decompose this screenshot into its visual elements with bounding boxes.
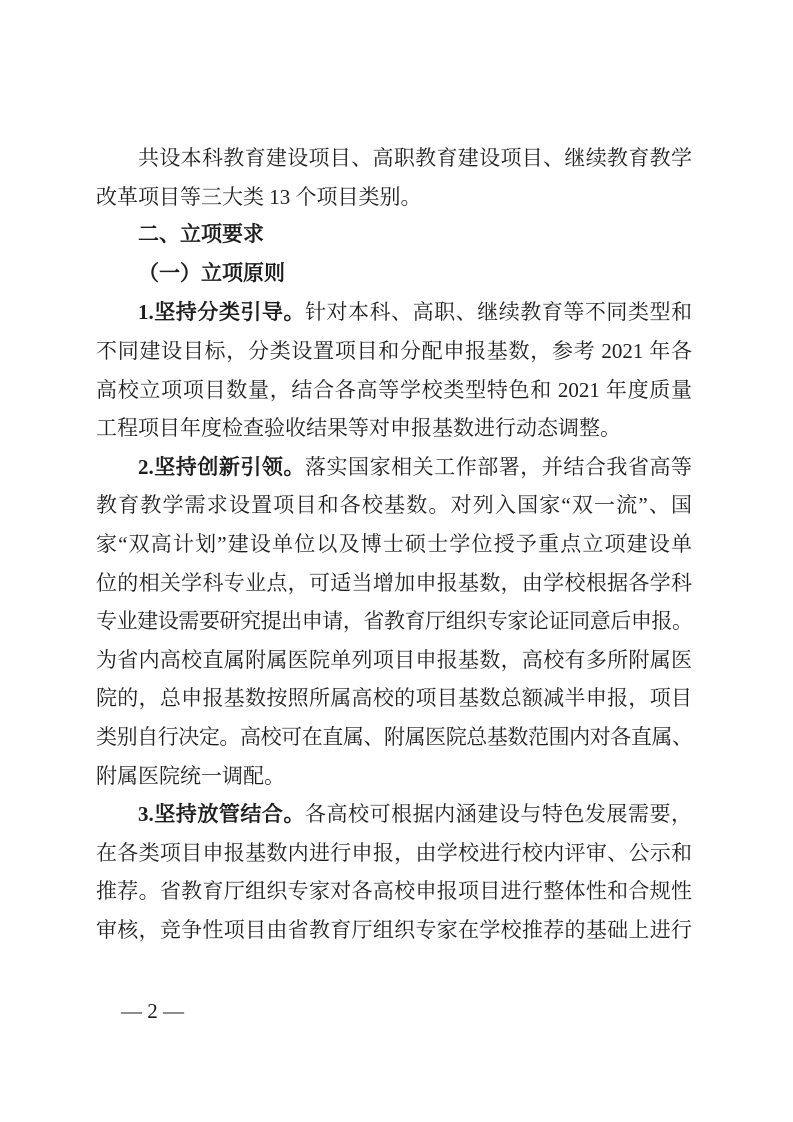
para1-line4: 工程项目年度检查验收结果等对申报基数进行动态调整。: [96, 409, 692, 448]
para3-line1: 3.坚持放管结合。各高校可根据内涵建设与特色发展需要，: [96, 795, 692, 834]
paragraph-lead: 1.坚持分类引导。: [138, 300, 305, 324]
para2-line3: 家“双高计划”建设单位以及博士硕士学位授予重点立项建设单: [96, 525, 692, 564]
para-intro-line1: 共设本科教育建设项目、高职教育建设项目、继续教育教学: [96, 139, 692, 178]
para1-line2: 不同建设目标，分类设置项目和分配申报基数，参考 2021 年各: [96, 332, 692, 371]
para2-line7: 院的，总申报基数按照所属高校的项目基数总额减半申报，项目: [96, 679, 692, 718]
para2-line2: 教育教学需求设置项目和各校基数。对列入国家“双一流”、国: [96, 486, 692, 525]
document-body: 共设本科教育建设项目、高职教育建设项目、继续教育教学改革项目等三大类 13 个项…: [96, 139, 692, 949]
para2-line4: 位的相关学科专业点，可适当增加申报基数，由学校根据各学科: [96, 564, 692, 603]
para2-line6: 为省内高校直属附属医院单列项目申报基数，高校有多所附属医: [96, 641, 692, 680]
para2-line5: 专业建设需要研究提出申请，省教育厅组织专家论证同意后申报。: [96, 602, 692, 641]
para-intro-line2: 改革项目等三大类 13 个项目类别。: [96, 178, 692, 217]
subsection-heading: （一）立项原则: [96, 255, 692, 294]
paragraph-lead: 3.坚持放管结合。: [138, 802, 305, 826]
para1-line1: 1.坚持分类引导。针对本科、高职、继续教育等不同类型和: [96, 293, 692, 332]
para3-line4: 审核，竞争性项目由省教育厅组织专家在学校推荐的基础上进行: [96, 911, 692, 950]
paragraph-lead: 2.坚持创新引领。: [138, 455, 305, 479]
para2-line8: 类别自行决定。高校可在直属、附属医院总基数范围内对各直属、: [96, 718, 692, 757]
document-page: 共设本科教育建设项目、高职教育建设项目、继续教育教学改革项目等三大类 13 个项…: [0, 0, 793, 1122]
page-number: — 2 —: [121, 999, 184, 1024]
para2-line9: 附属医院统一调配。: [96, 757, 692, 796]
section-heading: 二、立项要求: [96, 216, 692, 255]
para3-line2: 在各类项目申报基数内进行申报，由学校进行校内评审、公示和: [96, 834, 692, 873]
para2-line1: 2.坚持创新引领。落实国家相关工作部署，并结合我省高等: [96, 448, 692, 487]
para1-line3: 高校立项项目数量，结合各高等学校类型特色和 2021 年度质量: [96, 371, 692, 410]
para3-line3: 推荐。省教育厅组织专家对各高校申报项目进行整体性和合规性: [96, 872, 692, 911]
